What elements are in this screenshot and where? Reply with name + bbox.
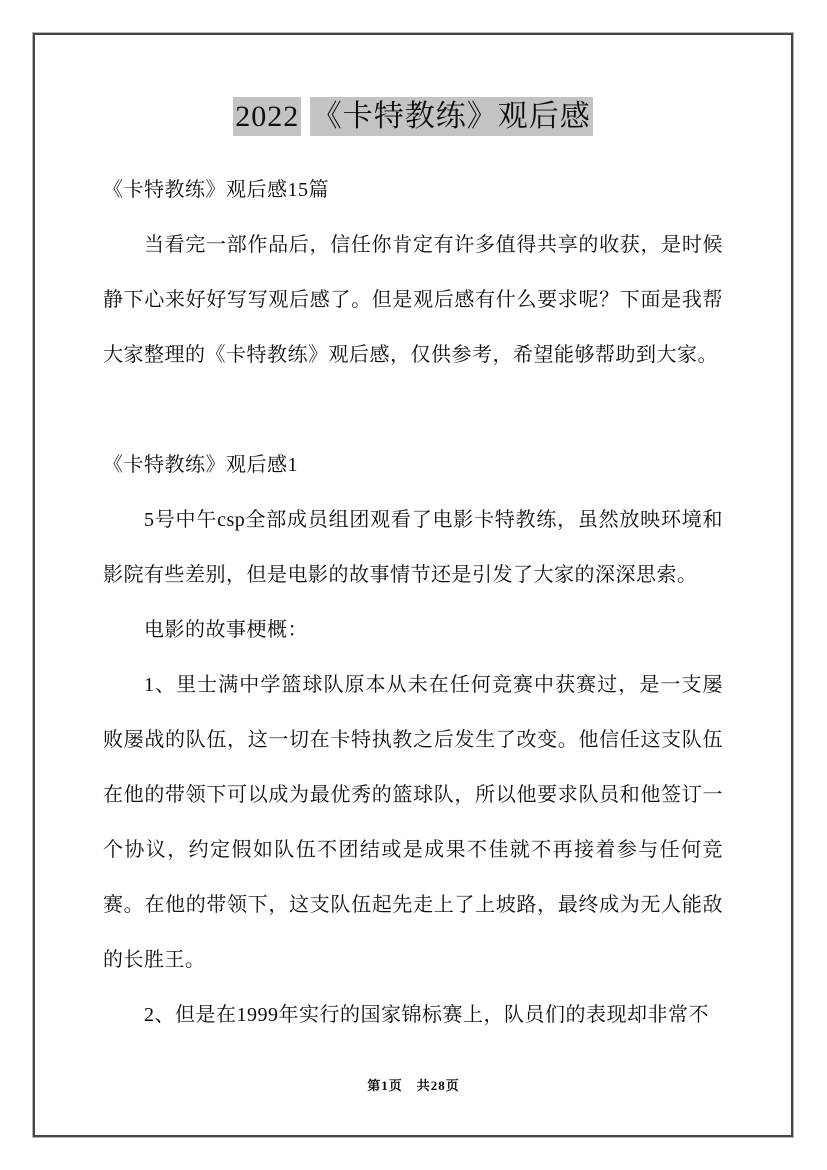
- title-year-highlight: 2022: [233, 97, 301, 136]
- document-content: 2022 《卡特教练》观后感 《卡特教练》观后感15篇当看完一部作品后，信任你肯…: [103, 33, 723, 1043]
- document-body: 《卡特教练》观后感15篇当看完一部作品后，信任你肯定有许多值得共享的收获，是时候…: [103, 163, 723, 1043]
- empty-line: [103, 383, 723, 438]
- paragraph: 《卡特教练》观后感15篇: [103, 163, 723, 218]
- footer-total-pages: 共28页: [417, 1078, 460, 1093]
- document-title: 2022 《卡特教练》观后感: [103, 97, 723, 137]
- paragraph: 当看完一部作品后，信任你肯定有许多值得共享的收获，是时候静下心来好好写写观后感了…: [103, 218, 723, 383]
- page-footer: 第1页共28页: [0, 1076, 827, 1096]
- footer-current-page: 第1页: [367, 1078, 403, 1093]
- title-space: [301, 100, 310, 133]
- paragraph: 5号中午csp全部成员组团观看了电影卡特教练，虽然放映环境和影院有些差别，但是电…: [103, 493, 723, 603]
- paragraph: 电影的故事梗概：: [103, 603, 723, 658]
- paragraph: 《卡特教练》观后感1: [103, 438, 723, 493]
- paragraph: 2、但是在1999年实行的国家锦标赛上，队员们的表现却非常不: [103, 988, 723, 1043]
- paragraph: 1、里士满中学篮球队原本从未在任何竞赛中获赛过，是一支屡败屡战的队伍，这一切在卡…: [103, 658, 723, 988]
- title-name-highlight: 《卡特教练》观后感: [310, 97, 593, 136]
